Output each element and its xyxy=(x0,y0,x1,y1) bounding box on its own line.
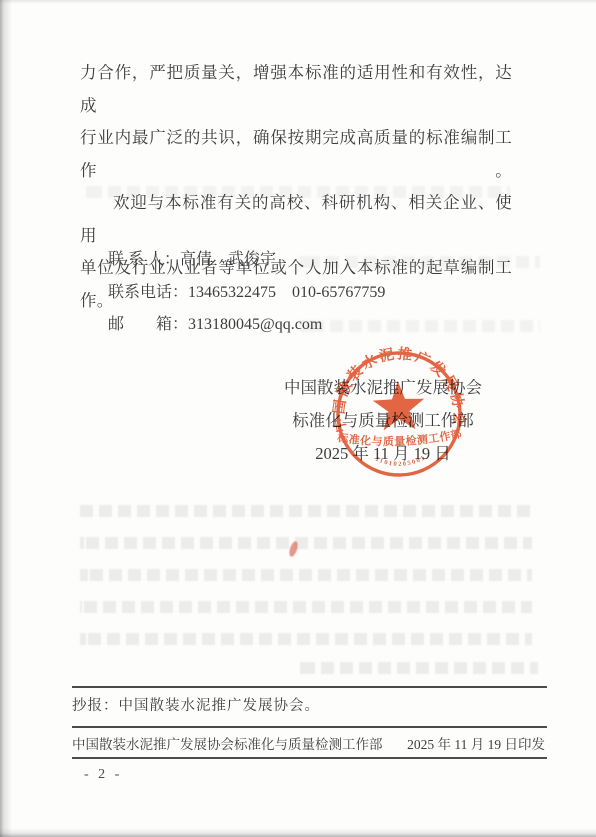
scan-shadow-top xyxy=(0,0,596,4)
contact-phone-value: 13465322475 010-65767759 xyxy=(188,284,385,301)
footer-rule-middle xyxy=(72,726,547,728)
contact-person-value: 高倩 武俊宇 xyxy=(180,251,276,268)
body-line: 行业内最广泛的共识，确保按期完成高质量的标准编制工作。 xyxy=(80,122,512,187)
footer-rule-bottom xyxy=(72,757,547,759)
contact-phone-label: 联系电话： xyxy=(108,284,188,301)
official-seal: 中国散装水泥推广发展协会 标准化与质量检测工作部 11010205001 xyxy=(316,331,481,496)
footer-issuer: 中国散装水泥推广发展协会标准化与质量检测工作部 xyxy=(72,733,383,753)
scanned-document-page: 力合作，严把质量关，增强本标准的适用性和有效性，达成 行业内最广泛的共识，确保按… xyxy=(0,0,596,837)
scan-shadow-bottom xyxy=(0,828,596,837)
bleedthrough-row xyxy=(80,537,532,549)
bleedthrough-row xyxy=(80,505,532,517)
footer-issue-date: 2025 年 11 月 19 日印发 xyxy=(407,733,545,753)
body-line: 欢迎与本标准有关的高校、科研机构、相关企业、使用 xyxy=(80,187,512,252)
contact-email-value: 313180045@qq.com xyxy=(188,316,322,333)
seal-banner-text: 标准化与质量检测工作部 xyxy=(335,426,463,451)
contact-email-label: 邮 箱： xyxy=(108,316,188,333)
bleedthrough-row xyxy=(300,662,538,674)
contact-person-row: 联 系 人：高倩 武俊宇 xyxy=(108,244,385,277)
contact-phone-row: 联系电话：13465322475 010-65767759 xyxy=(108,277,385,310)
contact-person-label: 联 系 人： xyxy=(108,251,180,268)
body-line: 力合作，严把质量关，增强本标准的适用性和有效性，达成 xyxy=(80,57,512,122)
seal-number: 11010205001 xyxy=(374,454,427,469)
bleedthrough-row xyxy=(80,633,532,645)
scan-shadow-left xyxy=(0,0,12,837)
bleedthrough-row xyxy=(80,601,532,613)
bleedthrough-row xyxy=(80,569,532,581)
footer-copy-to: 抄报：中国散装水泥推广发展协会。 xyxy=(72,694,320,715)
page-number: - 2 - xyxy=(84,767,122,783)
footer-rule-top xyxy=(72,686,547,688)
contact-block: 联 系 人：高倩 武俊宇 联系电话：13465322475 010-657677… xyxy=(108,244,385,342)
star-icon xyxy=(372,380,425,431)
footer-issuer-row: 中国散装水泥推广发展协会标准化与质量检测工作部 2025 年 11 月 19 日… xyxy=(72,733,545,753)
